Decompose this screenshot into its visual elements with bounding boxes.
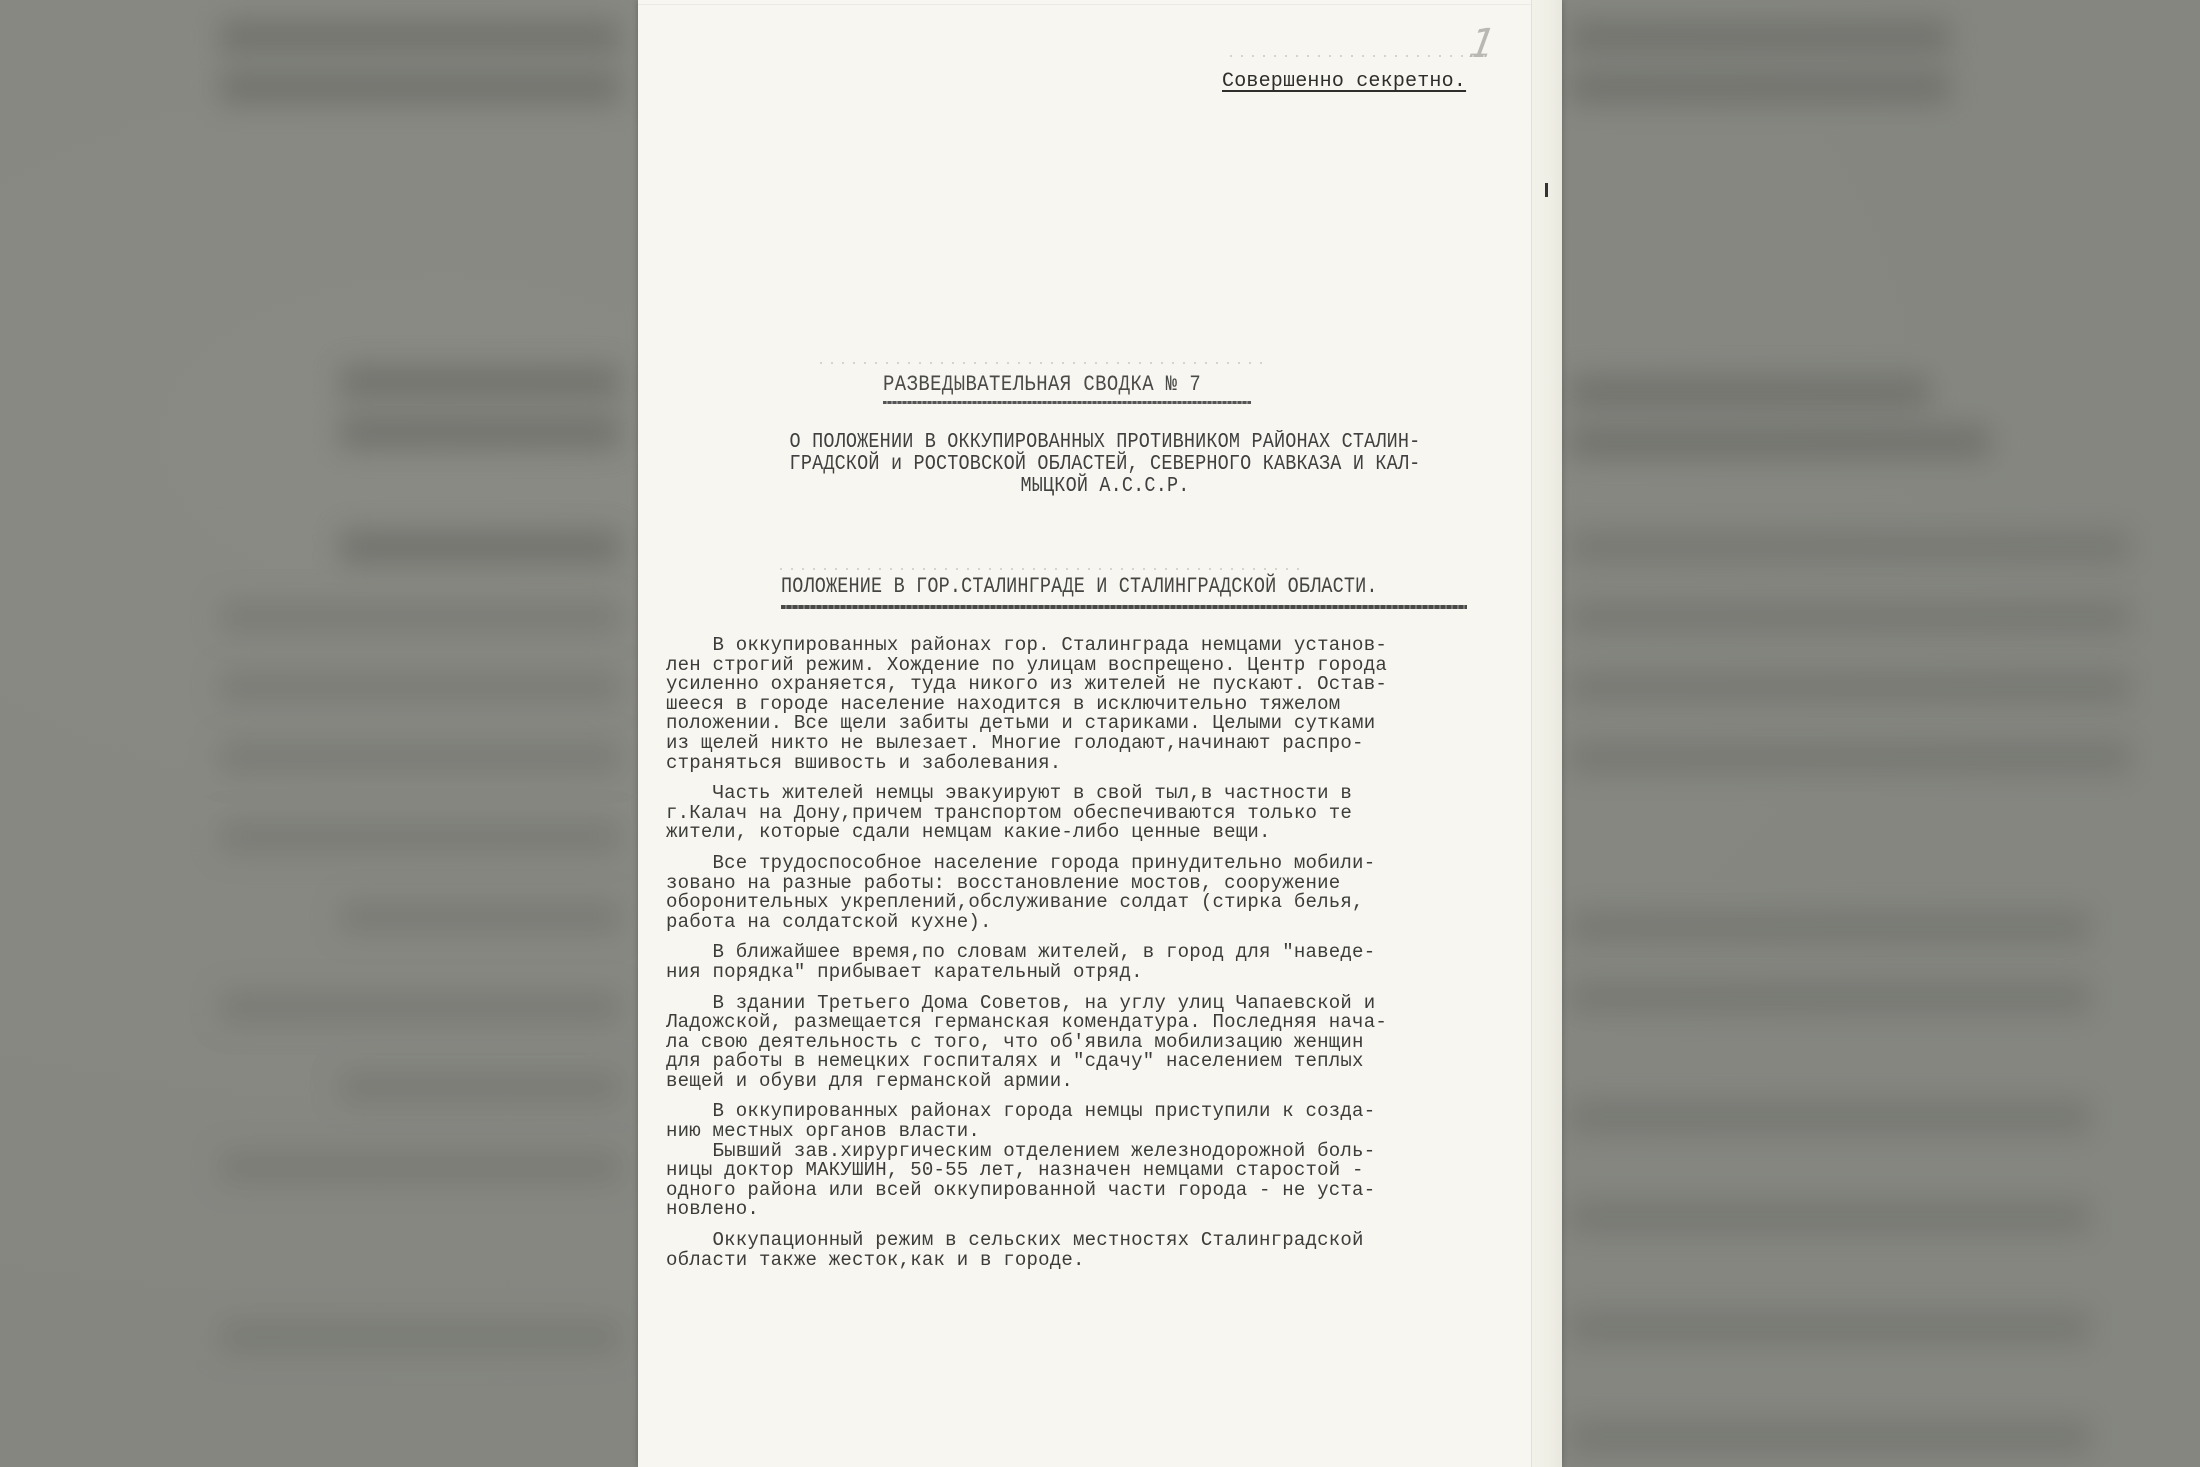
paragraph: В оккупированных районах города немцы пр… [666, 1102, 1546, 1141]
blurred-text-strip [220, 820, 620, 854]
paragraph: Оккупационный режим в сельских местностя… [666, 1231, 1546, 1270]
paragraph: В оккупированных районах гор. Сталинград… [666, 636, 1546, 773]
blurred-text-strip [1570, 425, 1990, 459]
blurred-text-strip [1570, 670, 2130, 704]
blurred-text-strip [1570, 1420, 2090, 1454]
text-line: новлено. [666, 1200, 1526, 1220]
subtitle-line: ГРАДСКОЙ и РОСТОВСКОЙ ОБЛАСТЕЙ, СЕВЕРНОГ… [771, 454, 1440, 476]
text-line: страняться вшивость и заболевания. [666, 754, 1526, 774]
paragraph: В здании Третьего Дома Советов, на углу … [666, 994, 1546, 1092]
text-line: ния порядка" прибывает карательный отряд… [666, 963, 1526, 983]
blurred-text-strip [1570, 20, 1950, 54]
document-subtitle: О ПОЛОЖЕНИИ В ОККУПИРОВАННЫХ ПРОТИВНИКОМ… [771, 432, 1440, 498]
title-underline [883, 401, 1251, 404]
blurred-text-strip [340, 530, 620, 564]
document-title: РАЗВЕДЫВАТЕЛЬНАЯ СВОДКА № 7 [883, 372, 1201, 397]
document-body: В оккупированных районах гор. Сталинград… [666, 636, 1546, 1281]
blurred-text-strip [1570, 740, 2130, 774]
subtitle-line: МЫЦКОЙ А.С.С.Р. [771, 476, 1440, 498]
blurred-text-strip [220, 1150, 620, 1184]
blurred-text-strip [340, 415, 620, 449]
blurred-text-strip [220, 70, 620, 104]
blurred-text-strip [340, 1070, 620, 1104]
text-line: одного района или всей оккупированной ча… [666, 1181, 1526, 1201]
faint-dotted-line [820, 362, 1270, 364]
blurred-text-strip [1570, 375, 1930, 409]
edge-mark [1545, 183, 1548, 197]
paragraph: В ближайшее время,по словам жителей, в г… [666, 943, 1546, 982]
paragraph: Бывший зав.хирургическим отделением желе… [666, 1142, 1546, 1220]
page-fold-line [638, 4, 1532, 5]
paragraph: Все трудоспособное население города прин… [666, 854, 1546, 932]
text-line: области также жесток,как и в городе. [666, 1251, 1526, 1271]
blurred-text-strip [1570, 910, 2090, 944]
faint-dotted-line [780, 568, 1300, 570]
blurred-text-strip [220, 20, 620, 54]
text-line: работа на солдатской кухне). [666, 913, 1526, 933]
blurred-text-strip [220, 740, 620, 774]
blurred-text-strip [340, 365, 620, 399]
blurred-text-strip [1570, 530, 2130, 564]
subtitle-line: О ПОЛОЖЕНИИ В ОККУПИРОВАННЫХ ПРОТИВНИКОМ… [771, 432, 1440, 454]
faint-dotted-line [1230, 55, 1490, 57]
blurred-text-strip [220, 600, 620, 634]
text-line: жители, которые сдали немцам какие-либо … [666, 823, 1526, 843]
blurred-text-strip [340, 900, 620, 934]
blurred-text-strip [1570, 70, 1950, 104]
blurred-text-strip [1570, 1100, 2090, 1134]
classification-label: Совершенно секретно. [1222, 70, 1466, 93]
blurred-text-strip [220, 1320, 620, 1354]
text-line: вещей и обуви для германской армии. [666, 1072, 1526, 1092]
blurred-text-strip [1570, 1200, 2090, 1234]
blurred-text-strip [220, 670, 620, 704]
blurred-text-strip [1570, 980, 2090, 1014]
section-underline [781, 605, 1467, 609]
paragraph: Часть жителей немцы эвакуируют в свой ты… [666, 784, 1546, 843]
blurred-text-strip [1570, 1310, 2090, 1344]
section-title: ПОЛОЖЕНИЕ В ГОР.СТАЛИНГРАДЕ И СТАЛИНГРАД… [781, 574, 1378, 599]
blurred-text-strip [220, 990, 620, 1024]
blurred-text-strip [1570, 600, 2130, 634]
